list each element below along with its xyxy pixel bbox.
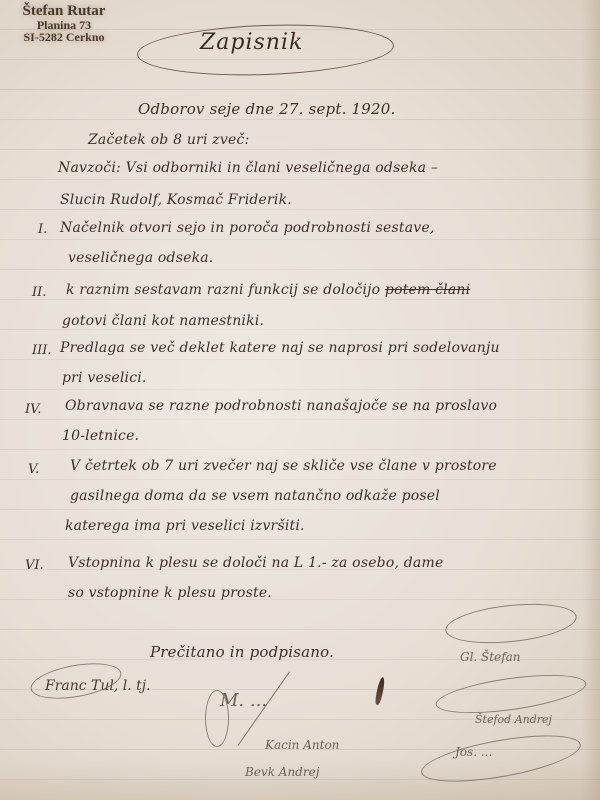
item-5-line-3: katerega ima pri veselici izvršiti. (65, 518, 305, 534)
item-number-5: V. (28, 462, 39, 477)
item-4-line-1: Obravnava se razne podrobnosti nanašajoč… (65, 398, 497, 414)
item-3-line-1: Predlaga se več deklet katere naj se nap… (60, 340, 500, 356)
item-2-line-2: gotovi člani kot namestniki. (62, 313, 264, 329)
item-number-6: VI. (25, 558, 44, 573)
owner-stamp: Štefan Rutar Planina 73 SI-5282 Cerkno (4, 4, 124, 43)
signature-5: Gl. Štefan (460, 650, 521, 664)
item-1-line-1: Načelnik otvori sejo in poroča podrobnos… (60, 220, 435, 236)
stamp-postal: SI-5282 Cerkno (4, 31, 124, 43)
present-line-1: Navzoči: Vsi odborniki in člani veseličn… (58, 160, 438, 176)
item-number-3: III. (32, 343, 52, 358)
item-6-line-1: Vstopnina k plesu se določi na L 1.- za … (68, 555, 443, 571)
item-number-1: I. (38, 222, 47, 237)
signature-3: Kacin Anton (265, 738, 339, 752)
signature-6: Štefod Andrej (475, 713, 552, 726)
stamp-name: Štefan Rutar (4, 4, 124, 19)
document-title: Zapisnik (200, 30, 303, 55)
meeting-start: Začetek ob 8 uri zveč: (88, 132, 249, 148)
item-5-line-1: V četrtek ob 7 uri zvečer naj se skliče … (70, 458, 497, 474)
closing-line: Prečitano in podpisano. (150, 643, 334, 661)
item-2-text: k raznim sestavam razni funkcij se določ… (66, 282, 380, 298)
present-members: Vsi odborniki in člani veseličnega odsek… (126, 160, 438, 176)
signature-4: Bevk Andrej (245, 765, 319, 779)
item-4-line-2: 10-letnice. (62, 428, 139, 444)
meeting-heading: Odborov seje dne 27. sept. 1920. (138, 100, 395, 118)
item-6-line-2: so vstopnine k plesu proste. (68, 585, 272, 601)
signature-2-loop (205, 690, 229, 747)
item-5-line-2: gasilnega doma da se vsem natančno odkaž… (70, 488, 440, 504)
item-3-line-2: pri veselici. (62, 370, 147, 386)
present-label: Navzoči: (58, 160, 121, 176)
item-number-2: II. (32, 285, 46, 300)
struck-text: potem člani (385, 282, 470, 298)
item-number-4: IV. (25, 402, 41, 417)
item-2-line-1: k raznim sestavam razni funkcij se določ… (66, 282, 470, 298)
item-1-line-2: veseličnega odseka. (68, 250, 213, 266)
present-line-2: Slucin Rudolf, Kosmač Friderik. (60, 192, 292, 208)
